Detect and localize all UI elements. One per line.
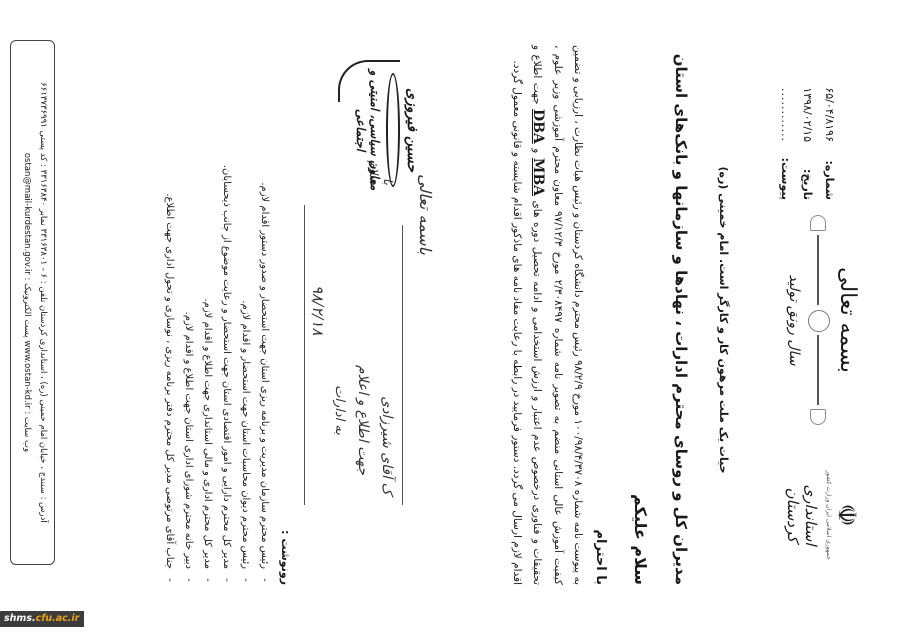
cc-item: -دبیر خانه محترم شورای اداری استان جهت ا… <box>179 25 198 585</box>
iran-emblem-icon: ☫ <box>832 455 860 575</box>
ornament-center <box>808 310 830 332</box>
letterhead-emblem: ☫ جمهوری اسلامی ایران وزارت کشور استاندا… <box>784 455 860 575</box>
cc-title: رونوشت : <box>276 25 295 585</box>
letter-attachment: ............ <box>774 88 796 142</box>
ornament-left <box>810 215 826 231</box>
cc-item: -مدیر کل محترم دارایی و امور اقتصادی است… <box>217 25 236 585</box>
cc-item: -رئیس محترم سازمان مدیریت و برنامه ریزی … <box>255 25 274 585</box>
site-watermark: shms.cfu.ac.ir <box>0 611 84 627</box>
meta-date: تاریخ: ۱۳۹۸/۰۲/۱۵ <box>796 40 818 200</box>
footer-contact: وب سایت : www.ostan-kd.ir پست الکترونیک … <box>19 41 35 564</box>
meta-number: شماره: ۶۵/۰۴/۸۱۹۶ <box>818 40 840 200</box>
organization-name: استانداری کردستان <box>784 455 820 575</box>
ornament-right <box>810 409 826 425</box>
signature-block: حسین فیروزی معاون سیاسی، امنیتی و اجتماع… <box>310 50 430 210</box>
letter-body: به پیوست نامه شماره ۱۰۰/۹۸/۴/۳۷۰۸ مورخ ۹… <box>507 45 588 585</box>
year-title-ornament <box>806 205 830 435</box>
intro: با احترام <box>593 45 608 585</box>
annotation-date: ۹۸/۲/۱۸ <box>309 285 327 335</box>
footer-website: www.ostan-kd.ir <box>22 340 32 408</box>
rotated-letter-page: ☫ جمهوری اسلامی ایران وزارت کشور استاندا… <box>0 0 900 635</box>
emblem-caption: جمهوری اسلامی ایران وزارت کشور <box>824 455 832 575</box>
letter-number: ۶۵/۰۴/۸۱۹۶ <box>818 87 840 142</box>
footer-address-box: آدرس : سنندج ، خیابان امام خمینی (ره) ، … <box>10 40 55 565</box>
cc-item: -رئیس محترم دیوان محاسبات استان جهت استح… <box>236 25 255 585</box>
signature-stroke-icon <box>338 60 400 102</box>
mba-term: MBA <box>530 158 546 196</box>
dba-term: DBA <box>530 109 546 144</box>
letter-meta: شماره: ۶۵/۰۴/۸۱۹۶ تاریخ: ۱۳۹۸/۰۲/۱۵ پیوس… <box>774 40 840 200</box>
footer-address: آدرس : سنندج ، خیابان امام خمینی (ره) ، … <box>35 41 51 564</box>
handwritten-annotation: باسمه تعالی با سلام ک آقای شیرزادی جهت ا… <box>285 165 435 505</box>
greeting: سلام علیکم <box>631 45 650 585</box>
meta-attachment: پیوست: ............ <box>774 40 796 200</box>
letter-date: ۱۳۹۸/۰۲/۱۵ <box>796 87 818 142</box>
footer-email: ostan@mail-kurdestan.gov.ir <box>22 153 32 275</box>
recipient-line: مدیران کل و روسای محترم ادارات ، نهادها … <box>672 45 690 585</box>
signer-name: حسین فیروزی <box>404 50 420 210</box>
cc-list: رونوشت : -رئیس محترم سازمان مدیریت و برن… <box>160 25 295 585</box>
cc-item: -مدیر کل محترم اداری و مالی استانداری جه… <box>198 25 217 585</box>
basmala: بسمه تعالی <box>835 250 860 390</box>
cc-item: -جناب آقای مرتوضی مدیر کل محترم دفتر برن… <box>160 25 179 585</box>
motto: حیات یک ملت مرهون کار و کارگر است. امام … <box>717 40 730 600</box>
year-title: سال رونق تولید <box>786 260 802 380</box>
